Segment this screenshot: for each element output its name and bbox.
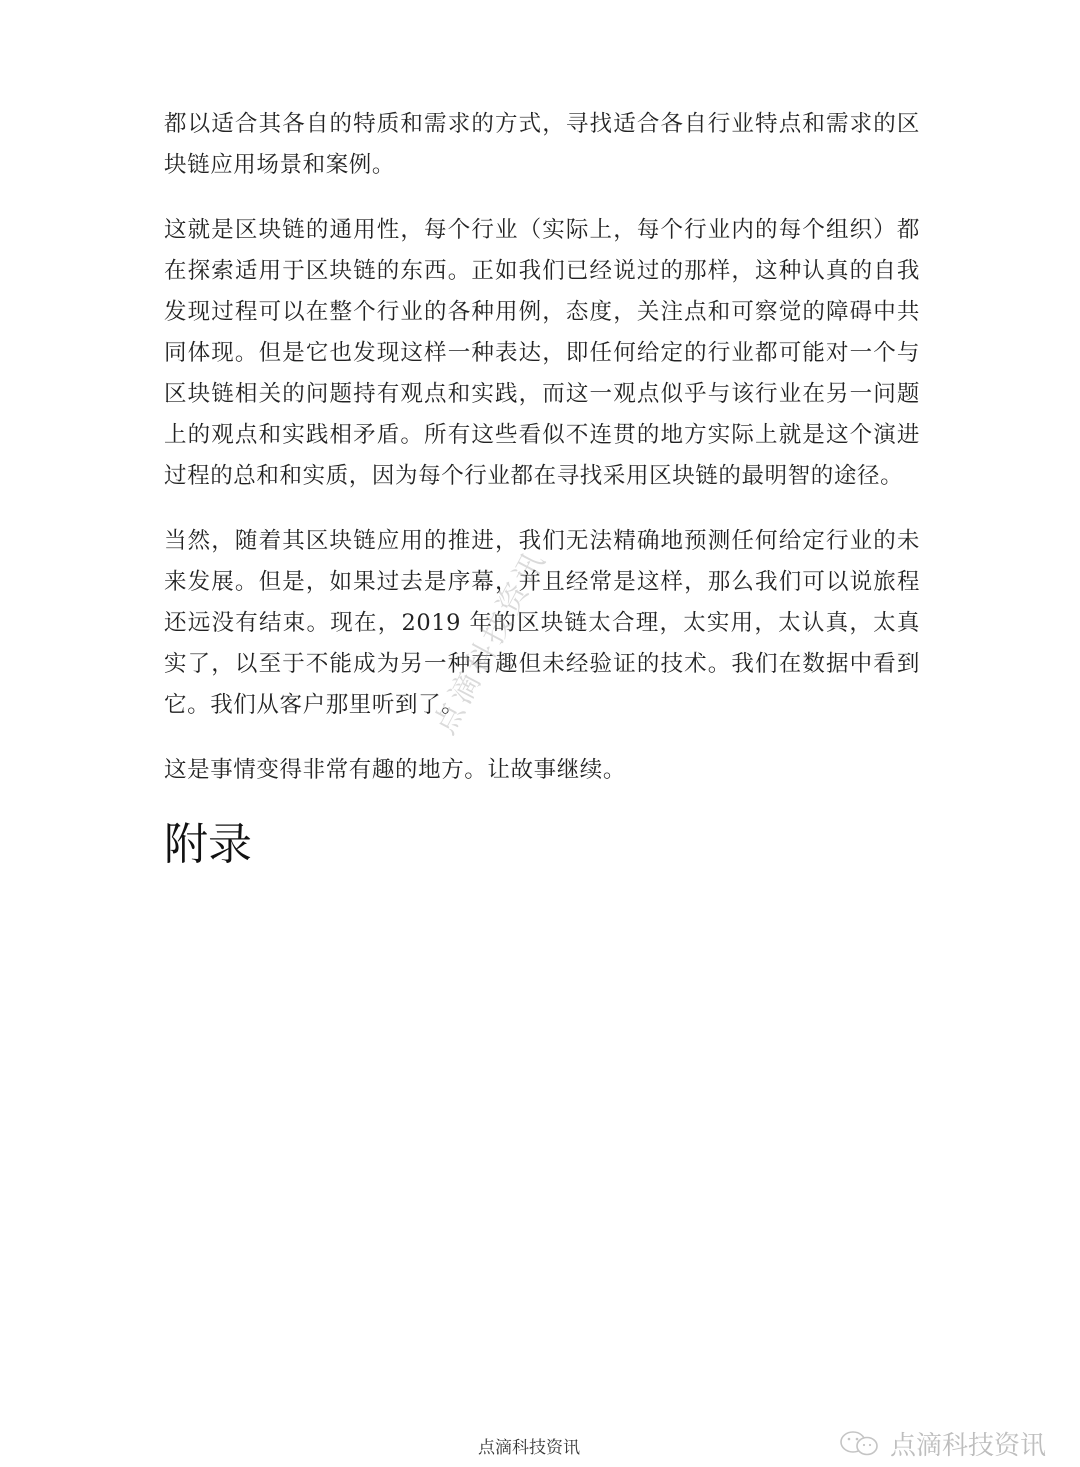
footer-brand-text: 点滴科技资讯 bbox=[890, 1425, 1046, 1462]
paragraph-3: 当然，随着其区块链应用的推进，我们无法精确地预测任何给定行业的未来发展。但是，如… bbox=[164, 521, 920, 726]
section-heading-appendix: 附录 bbox=[164, 815, 920, 875]
paragraph-4: 这是事情变得非常有趣的地方。让故事继续。 bbox=[164, 750, 920, 791]
paragraph-2: 这就是区块链的通用性，每个行业（实际上，每个行业内的每个组织）都在探索适用于区块… bbox=[164, 210, 920, 497]
document-body: 都以适合其各自的特质和需求的方式，寻找适合各自行业特点和需求的区块链应用场景和案… bbox=[164, 104, 920, 875]
footer-source-label: 点滴科技资讯 bbox=[478, 1433, 580, 1458]
paragraph-1: 都以适合其各自的特质和需求的方式，寻找适合各自行业特点和需求的区块链应用场景和案… bbox=[164, 104, 920, 186]
wechat-icon bbox=[838, 1429, 884, 1459]
footer-brand: 点滴科技资讯 bbox=[838, 1425, 1046, 1462]
